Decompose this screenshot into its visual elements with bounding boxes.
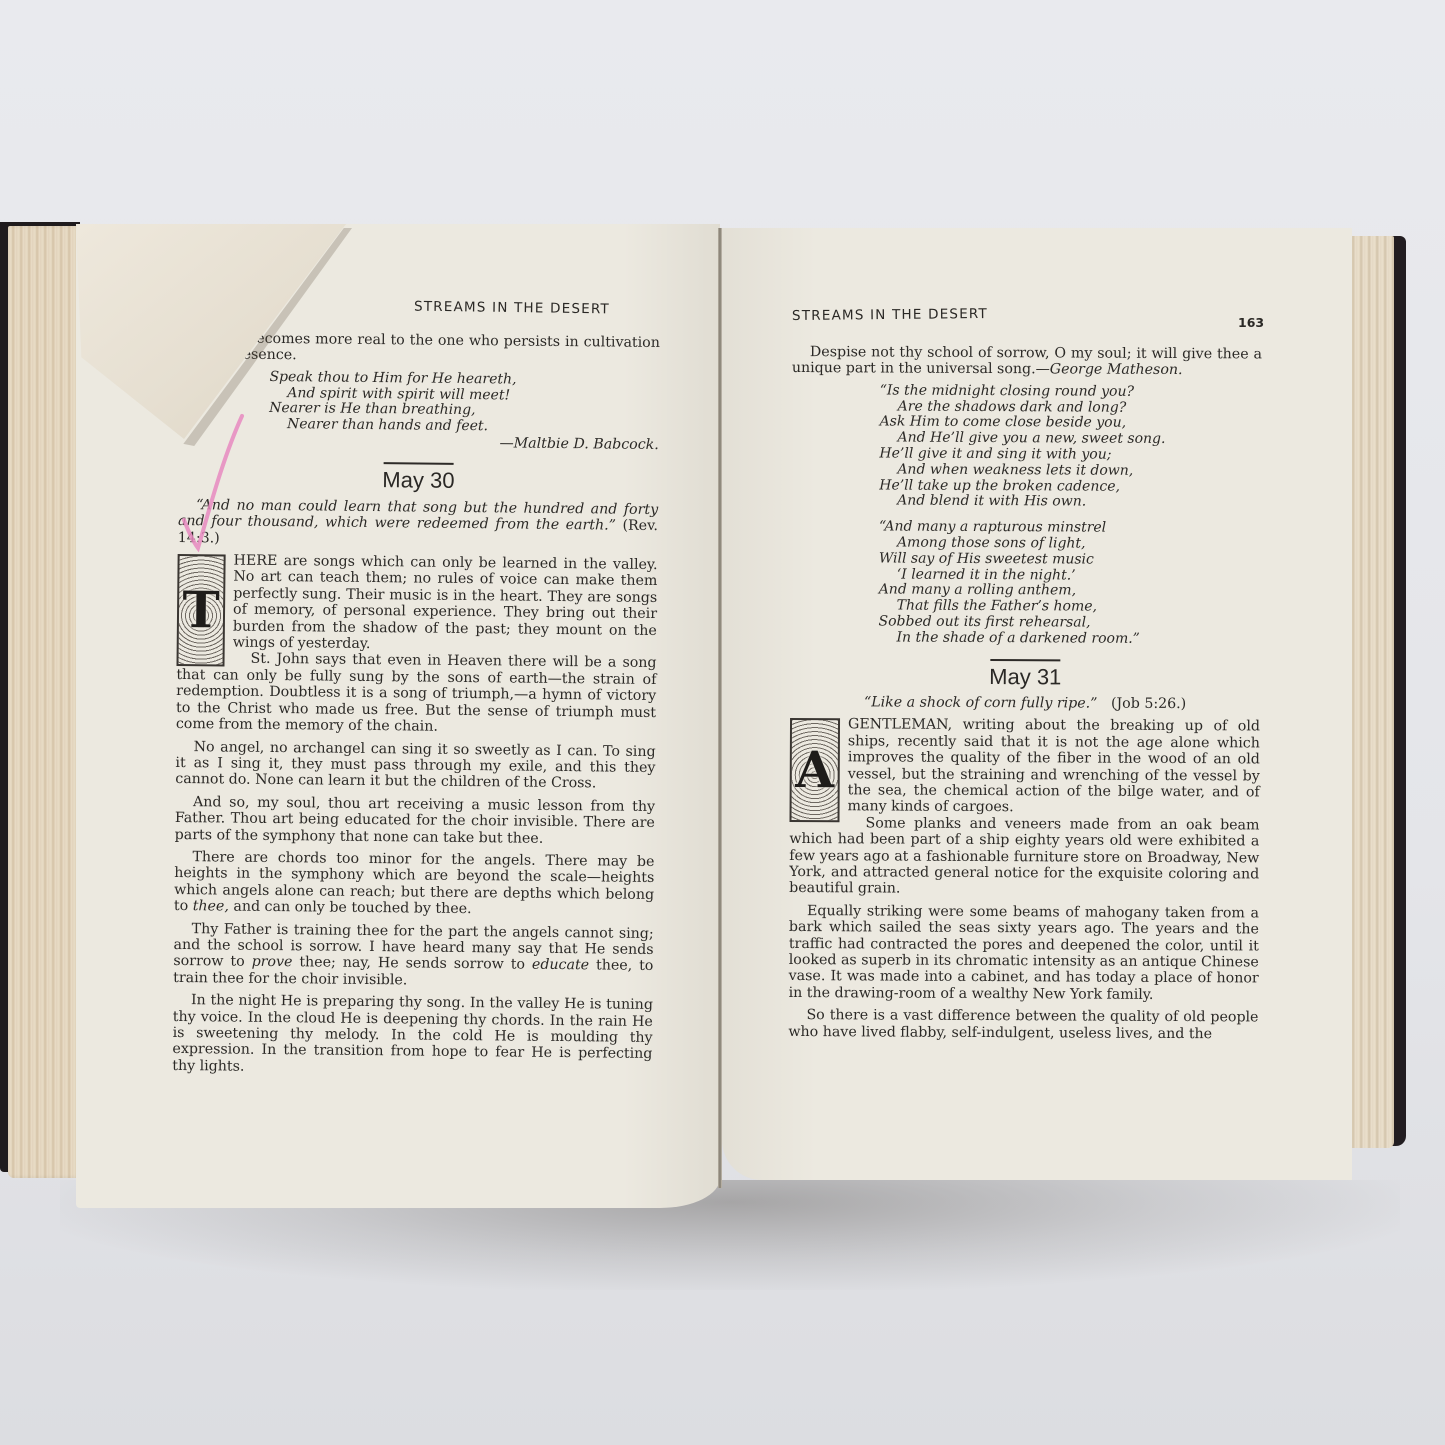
page-edges-left: [8, 226, 80, 1178]
section-divider: [384, 463, 454, 466]
scripture-reference: (Job 5:26.): [1111, 696, 1186, 712]
dropcap-letter: A: [792, 720, 839, 820]
paragraph: St. John says that even in Heaven there …: [176, 650, 657, 737]
section-divider: [990, 659, 1060, 661]
poem-line: And blend it with His own.: [879, 494, 1261, 512]
paragraph: Equally striking were some beams of maho…: [789, 903, 1260, 1004]
emphasis: prove: [252, 954, 293, 970]
dropcap-letter: T: [179, 556, 224, 664]
poem-minstrel: “And many a rapturous minstrel Among tho…: [790, 519, 1261, 648]
poem-midnight: “Is the midnight closing round you? Are …: [791, 383, 1262, 512]
right-page-text: Despise not thy school of sorrow, O my s…: [788, 344, 1262, 1043]
text-run: and can only be touched by thee.: [229, 899, 472, 918]
day-title-may-30: May 30: [178, 470, 658, 491]
pink-checkmark-icon: [176, 412, 246, 557]
attribution: —George Matheson.: [1036, 362, 1183, 379]
first-paragraph: GENTLEMAN, writing about the breaking up…: [790, 716, 1261, 817]
opening-paragraph: Despise not thy school of sorrow, O my s…: [792, 344, 1262, 379]
paragraph: And so, my soul, thou art receiving a mu…: [175, 794, 655, 848]
day-title-may-31: May 31: [790, 668, 1260, 687]
epigraph-text: “Like a shock of corn fully ripe.”: [864, 694, 1098, 711]
running-head-right: STREAMS IN THE DESERT: [792, 306, 988, 324]
paragraph-training: Thy Father is training thee for the part…: [173, 921, 654, 992]
paragraph-night: In the night He is preparing thy song. I…: [172, 992, 653, 1079]
running-head-left: STREAMS IN THE DESERT: [414, 299, 610, 318]
first-paragraph: HERE are songs which can only be learned…: [177, 552, 658, 655]
first-paragraph-text: are songs which can only be learned in t…: [233, 553, 658, 652]
opening-text: Despise not thy school of sorrow, O my s…: [792, 344, 1262, 378]
paragraph-minor-chords: There are chords too minor for the angel…: [174, 849, 655, 920]
poem-line: In the shade of a darkened room.”: [878, 630, 1260, 648]
epigraph-text: “And no man could learn that song but th…: [178, 497, 658, 534]
poem-babcock: Speak thou to Him for He heareth, And sp…: [179, 369, 660, 437]
emphasis: educate: [532, 957, 589, 974]
epigraph-may-31: “Like a shock of corn fully ripe.” (Job …: [790, 694, 1260, 713]
photo-scene: STREAMS IN THE DESERT Christ becomes mor…: [0, 0, 1445, 1445]
paragraph: Some planks and veneers made from an oak…: [789, 815, 1259, 899]
paragraph: So there is a vast difference between th…: [788, 1007, 1258, 1042]
book-gutter: [718, 228, 722, 1188]
emphasis: thee,: [193, 898, 229, 914]
epigraph-may-30: “And no man could learn that song but th…: [178, 497, 658, 551]
text-run: thee; nay, He sends sorrow to: [292, 955, 532, 974]
lead-word: GENTLEMAN,: [848, 717, 952, 734]
paragraph: No angel, no archangel can sing it so sw…: [175, 738, 655, 792]
page-edges-right: [1348, 236, 1394, 1148]
page-number: 163: [1238, 315, 1264, 330]
dropcap-t-ornament: T: [176, 554, 225, 666]
dropcap-a-ornament: A: [789, 718, 840, 822]
